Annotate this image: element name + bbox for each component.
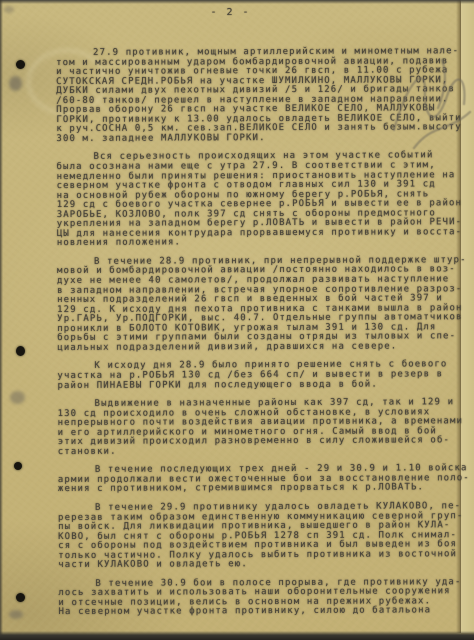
- text-line: жения с противником, стремившимся прорва…: [58, 484, 470, 495]
- text-line: циальных подразделений дивизий, дравшихс…: [57, 342, 469, 353]
- ink-smudge: [10, 391, 25, 404]
- ink-smudge: [9, 610, 23, 619]
- paragraph: В течение 28.9 противник, при непрерывно…: [57, 256, 469, 353]
- scan-edge-top: [0, 0, 474, 4]
- paragraph: В течение 30.9 бои в полосе прорыва, где…: [58, 578, 470, 618]
- scan-edge-bottom: [0, 631, 474, 640]
- paragraph: Вся серьезность происходящих на этом уча…: [56, 152, 468, 249]
- paragraph: В течение 29.9 противнику удалось овладе…: [58, 502, 470, 571]
- text-line: На северном участке фронта противнику, с…: [58, 607, 470, 618]
- scanned-document-page: - 2 - 27.9 противник, мощным артиллерийс…: [0, 0, 474, 640]
- punch-hole: [16, 593, 25, 602]
- scan-edge-left: [0, 0, 3, 640]
- punch-hole: [14, 462, 22, 470]
- paragraph: Выдвижение в назначенные районы как 397 …: [58, 398, 470, 457]
- punch-hole: [16, 346, 25, 356]
- text-line: новления положения.: [57, 238, 469, 249]
- document-body: 27.9 противник, мощным артиллерийским и …: [56, 47, 471, 627]
- paragraph: 27.9 противник, мощным артиллерийским и …: [56, 47, 468, 144]
- punch-hole: [16, 60, 25, 69]
- page-number: - 2 -: [0, 7, 461, 18]
- text-line: становки.: [58, 446, 470, 457]
- text-line: части КУЛАКОВО и овладеть ею.: [58, 559, 470, 570]
- ink-smudge: [9, 76, 22, 91]
- text-line: 300 м. западнее МАЛЛУКОВЫ ГОРКИ.: [56, 133, 468, 144]
- text-line: этих дивизий происходил разновременно в …: [58, 436, 470, 447]
- paragraph: В течение последующих трех дней - 29 и 3…: [58, 465, 470, 495]
- ink-smudge: [4, 6, 14, 13]
- text-line: район ПИНАЕВЫ ГОРКИ для последующего вво…: [57, 380, 469, 391]
- paragraph: К исходу дня 28.9 было принято решение с…: [57, 361, 469, 391]
